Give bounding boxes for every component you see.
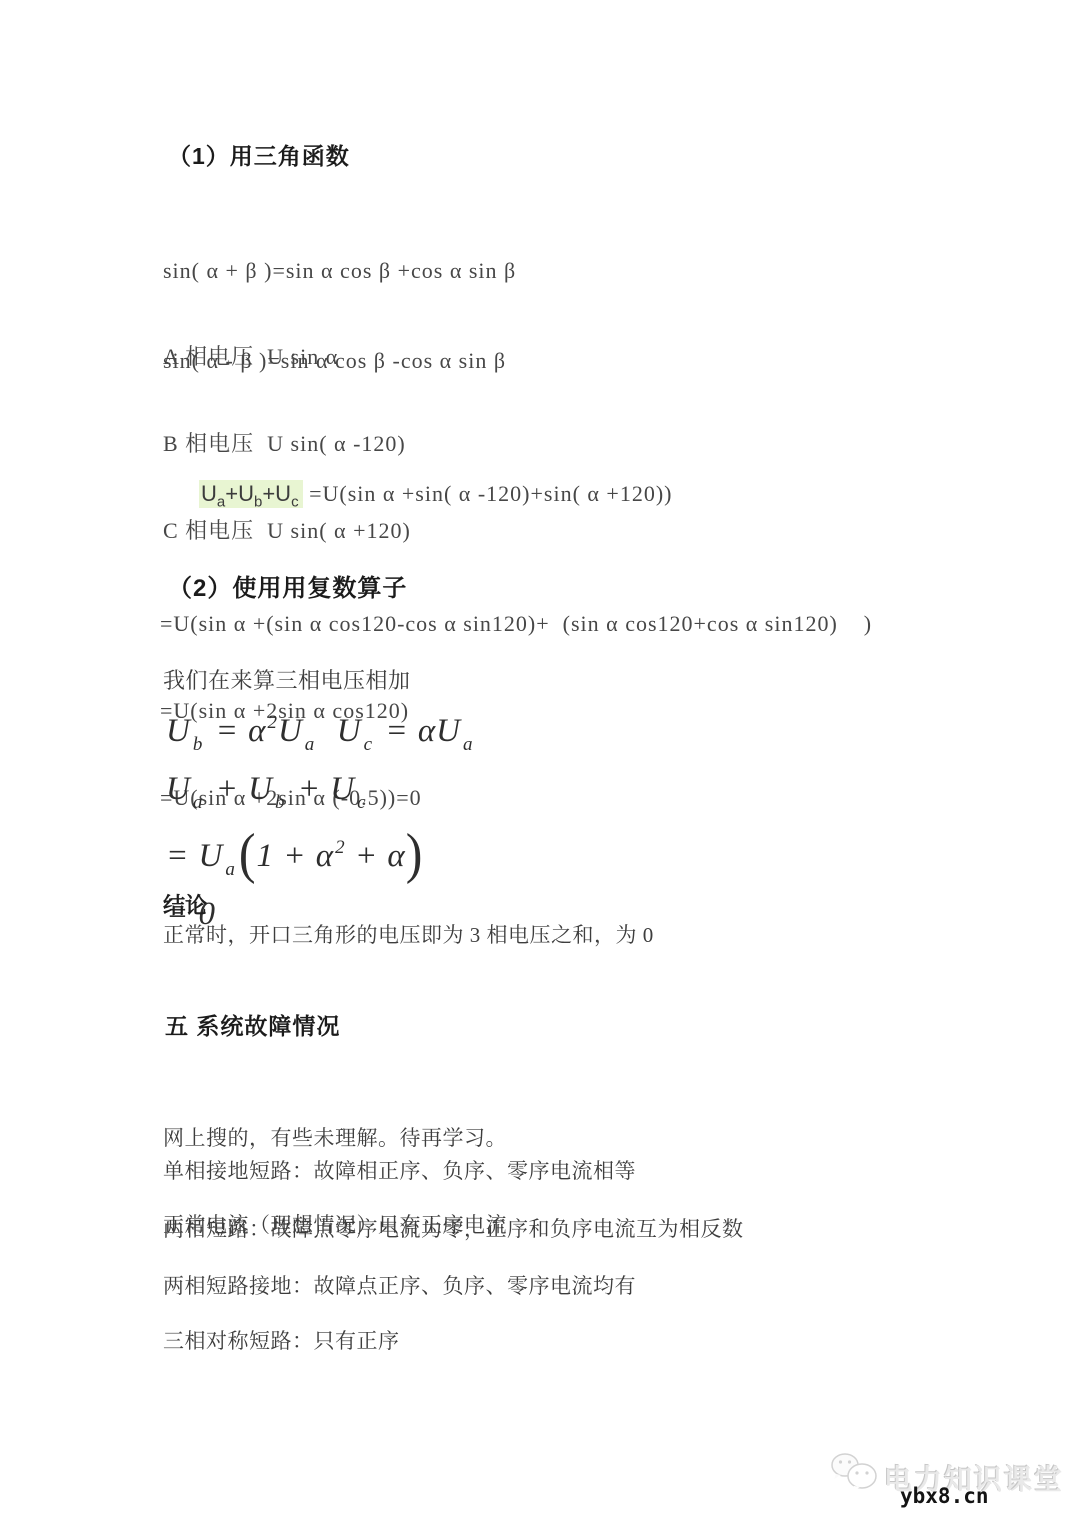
subscript: a bbox=[463, 734, 474, 755]
derivation-line: =U(sin α +(sin α cos120-cos α sin120)+ (… bbox=[160, 609, 872, 638]
derivation-rest: =U(sin α +sin( α -120)+sin( α +120)) bbox=[303, 481, 673, 506]
document-page: （1）用三角函数 sin( α + β )=sin α cos β +cos α… bbox=[0, 0, 1080, 1526]
formula-term: + α bbox=[346, 838, 406, 874]
formula-term: +U bbox=[262, 481, 291, 506]
subscript: c bbox=[357, 792, 366, 813]
formula-term: + U bbox=[288, 771, 355, 807]
subscript: a bbox=[193, 792, 204, 813]
subscript: b bbox=[193, 734, 204, 755]
fault-line: 两相短路：故障点零序电流为零，正序和负序电流互为相反数 bbox=[163, 1213, 744, 1243]
formula-line: A 相电压 U sin α bbox=[163, 342, 411, 371]
formula-term: U bbox=[318, 713, 361, 749]
section5-heading: 五 系统故障情况 bbox=[165, 1008, 340, 1041]
fault-line: 两相短路接地：故障点正序、负序、零序电流均有 bbox=[163, 1270, 636, 1300]
fault-line: 三相对称短路：只有正序 bbox=[163, 1325, 400, 1355]
formula-term: U bbox=[278, 713, 303, 749]
site-url: ybx8.cn bbox=[900, 1484, 989, 1508]
math-row: = Ua(1 + α2 + α) bbox=[166, 825, 476, 892]
formula-term: +U bbox=[225, 481, 254, 506]
formula-term: U bbox=[166, 713, 191, 749]
formula-term: 1 + α bbox=[257, 838, 335, 874]
formula-line: sin( α + β )=sin α cos β +cos α sin β bbox=[163, 256, 516, 286]
formula-term: U bbox=[201, 481, 217, 506]
superscript: 2 bbox=[267, 712, 278, 733]
subscript: a bbox=[217, 493, 225, 510]
conclusion-text: 正常时，开口三角形的电压即为 3 相电压之和，为 0 bbox=[163, 919, 654, 949]
superscript: 2 bbox=[335, 837, 346, 858]
intro-text: 我们在来算三相电压相加 bbox=[163, 664, 411, 695]
formula-term: = α bbox=[206, 713, 266, 749]
formula-term: + U bbox=[206, 771, 273, 807]
subscript: a bbox=[225, 859, 236, 880]
formula-term: = U bbox=[166, 838, 223, 874]
subscript: c bbox=[364, 734, 373, 755]
math-row: Ua + Ub + Uc bbox=[166, 767, 476, 825]
subscript: c bbox=[291, 493, 299, 510]
math-row: Ub = α2Ua Uc = αUa bbox=[166, 700, 476, 767]
note-line: 网上搜的，有些未理解。待再学习。 bbox=[163, 1124, 507, 1153]
complex-operator-math: Ub = α2Ua Uc = αUa Ua + Ub + Uc = Ua(1 +… bbox=[166, 700, 476, 937]
derivation-line: Ua+Ub+Uc =U(sin α +sin( α -120)+sin( α +… bbox=[160, 450, 872, 545]
conclusion-heading: 结论 bbox=[163, 889, 207, 920]
section2-heading: （2）使用用复数算子 bbox=[168, 568, 407, 603]
highlighted-sum: Ua+Ub+Uc bbox=[199, 480, 303, 508]
fault-line: 单相接地短路：故障相正序、负序、零序电流相等 bbox=[163, 1155, 636, 1185]
formula-term: = αU bbox=[376, 713, 461, 749]
subscript: b bbox=[275, 792, 286, 813]
wechat-icon bbox=[830, 1450, 880, 1496]
subscript: a bbox=[305, 734, 316, 755]
formula-term: U bbox=[166, 771, 191, 807]
section1-heading: （1）用三角函数 bbox=[168, 138, 350, 171]
